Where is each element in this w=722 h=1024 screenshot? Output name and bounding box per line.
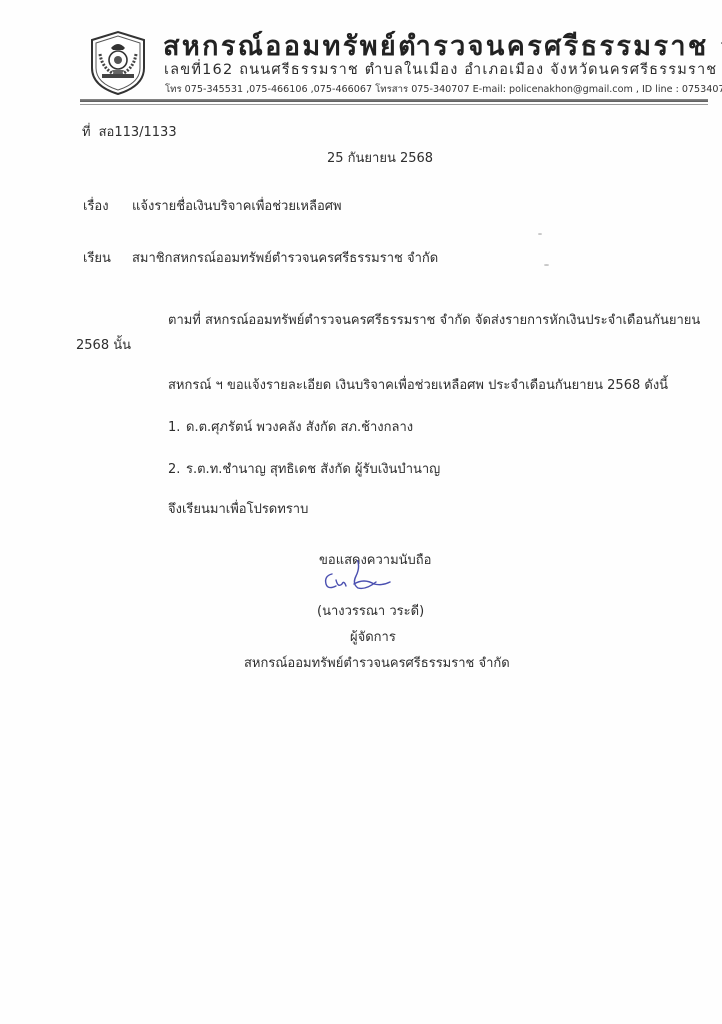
subject-label: เรื่อง <box>83 195 132 216</box>
closing-line: จึงเรียนมาเพื่อโปรดทราบ <box>168 498 308 519</box>
salutation-label: เรียน <box>83 247 132 268</box>
handwritten-signature-icon <box>318 560 398 600</box>
body-paragraph-1: ตามที่ สหกรณ์ออมทรัพย์ตำรวจนครศรีธรรมราช… <box>168 309 700 330</box>
scan-speck <box>538 233 542 235</box>
reference-value: สอ113/1133 <box>99 125 177 140</box>
signatory-title: ผู้จัดการ <box>350 626 396 647</box>
letterhead-divider-thin <box>80 104 708 105</box>
list-item: 1.ด.ต.ศุภรัตน์ พวงคลัง สังกัด สภ.ช้างกลา… <box>168 416 413 437</box>
list-item-text: ร.ต.ท.ชำนาญ สุทธิเดช สังกัด ผู้รับเงินบำ… <box>186 462 440 477</box>
signatory-organization: สหกรณ์ออมทรัพย์ตำรวจนครศรีธรรมราช จำกัด <box>244 652 510 673</box>
letterhead-divider <box>80 99 708 102</box>
list-item-text: ด.ต.ศุภรัตน์ พวงคลัง สังกัด สภ.ช้างกลาง <box>186 420 413 435</box>
letter-date: 25 กันยายน 2568 <box>327 147 433 168</box>
letter-page: สหกรณ์ออมทรัพย์ตำรวจนครศรีธรรมราช จำกัด … <box>0 0 722 1024</box>
scan-speck <box>544 264 549 266</box>
subject-text: แจ้งรายชื่อเงินบริจาคเพื่อช่วยเหลือศพ <box>132 199 342 214</box>
reference-number: ที่สอ113/1133 <box>82 121 177 142</box>
organization-contact: โทร 075-345531 ,075-466106 ,075-466067 โ… <box>165 82 722 97</box>
subject-line: เรื่องแจ้งรายชื่อเงินบริจาคเพื่อช่วยเหลื… <box>83 195 342 216</box>
body-paragraph-2: สหกรณ์ ฯ ขอแจ้งรายละเอียด เงินบริจาคเพื่… <box>168 374 668 395</box>
body-paragraph-1-continued: 2568 นั้น <box>76 334 131 355</box>
list-item-number: 2. <box>168 462 186 477</box>
salutation-text: สมาชิกสหกรณ์ออมทรัพย์ตำรวจนครศรีธรรมราช … <box>132 251 438 266</box>
salutation-line: เรียนสมาชิกสหกรณ์ออมทรัพย์ตำรวจนครศรีธรร… <box>83 247 438 268</box>
list-item-number: 1. <box>168 420 186 435</box>
police-emblem-icon <box>86 30 150 96</box>
reference-label: ที่ <box>82 125 91 140</box>
list-item: 2.ร.ต.ท.ชำนาญ สุทธิเดช สังกัด ผู้รับเงิน… <box>168 458 440 479</box>
organization-address: เลขที่162 ถนนศรีธรรมราช ตำบลในเมือง อำเภ… <box>164 58 717 81</box>
signatory-name: (นางวรรณา วระดี) <box>317 600 424 621</box>
